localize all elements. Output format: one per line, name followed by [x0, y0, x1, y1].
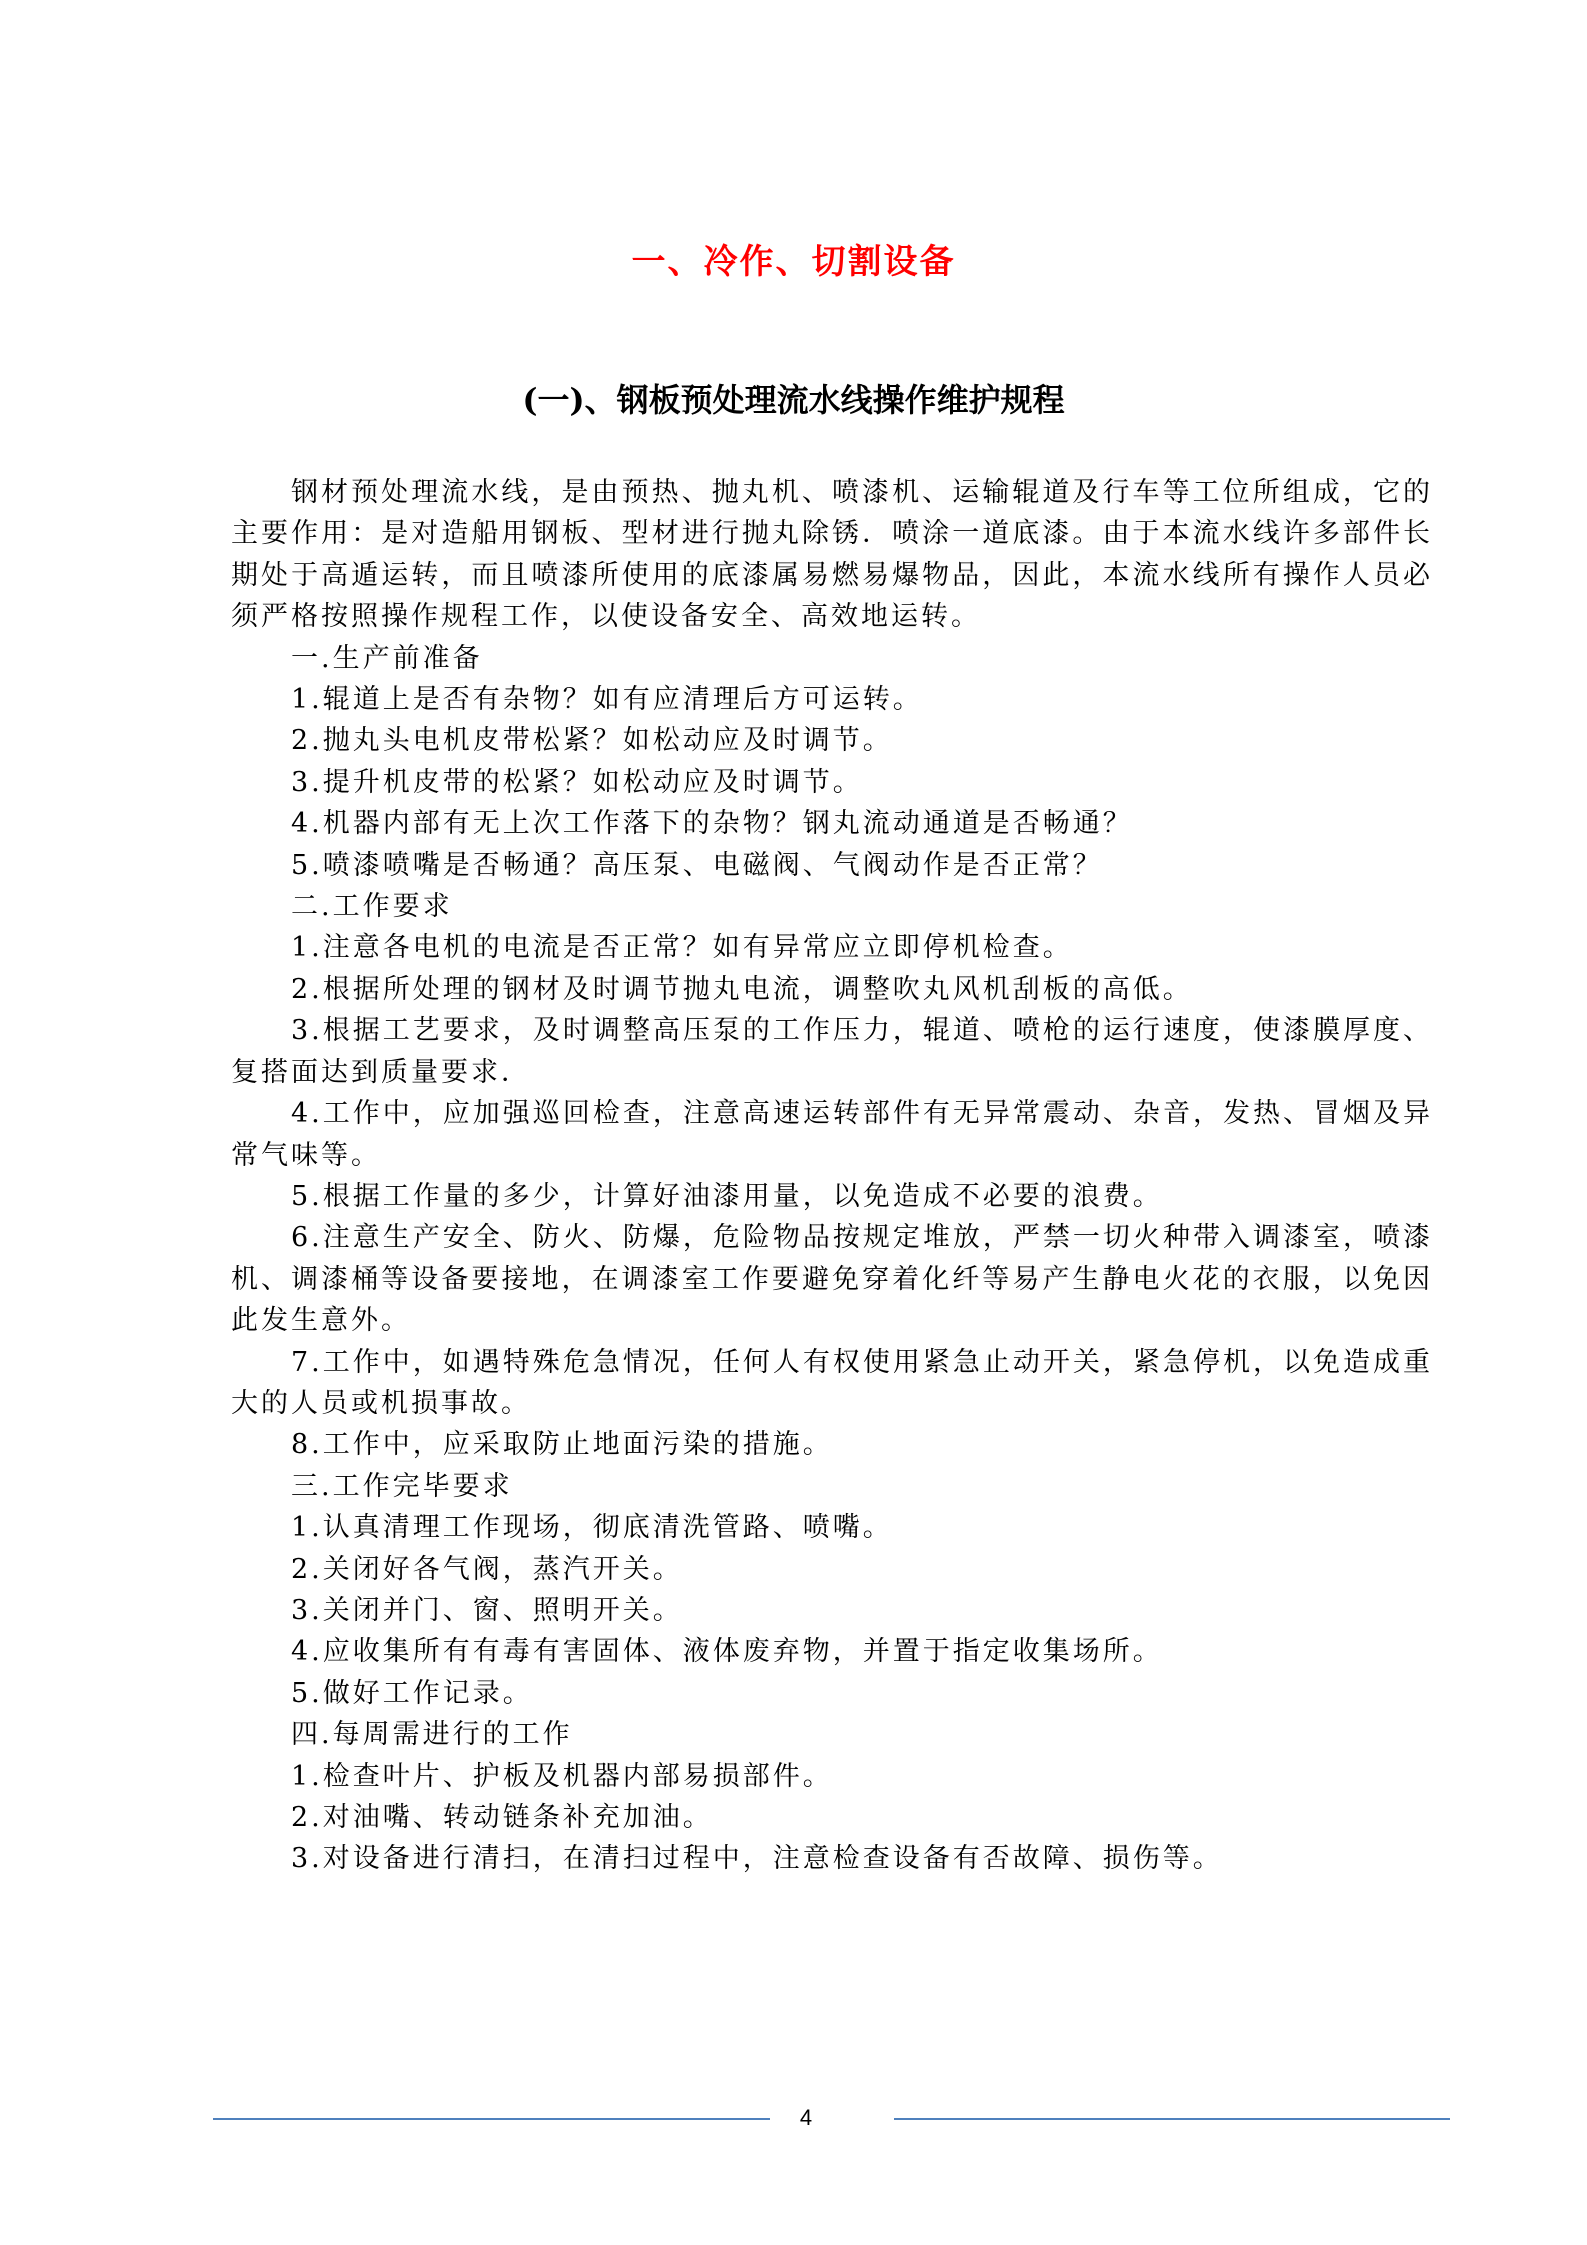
list-item: 4.工作中，应加强巡回检查，注意高速运转部件有无异常震动、杂音，发热、冒烟及异常… — [231, 1093, 1433, 1176]
section-title: (一)、钢板预处理流水线操作维护规程 — [0, 378, 1587, 422]
list-item: 5.喷漆喷嘴是否畅通？高压泵、电磁阀、气阀动作是否正常？ — [231, 845, 1433, 886]
chapter-title: 一、冷作、切割设备 — [0, 240, 1587, 284]
list-item: 1.辊道上是否有杂物？如有应清理后方可运转。 — [231, 679, 1433, 720]
list-item: 2.根据所处理的钢材及时调节抛丸电流，调整吹丸风机刮板的高低。 — [231, 969, 1433, 1010]
footer-rule-right — [894, 2118, 1450, 2120]
list-item: 2.对油嘴、转动链条补充加油。 — [231, 1797, 1433, 1838]
footer-rule-left — [213, 2118, 770, 2120]
list-item: 7.工作中，如遇特殊危急情况，任何人有权使用紧急止动开关，紧急停机，以免造成重大… — [231, 1342, 1433, 1425]
list-item: 3.关闭并门、窗、照明开关。 — [231, 1590, 1433, 1631]
list-item: 3.提升机皮带的松紧？如松动应及时调节。 — [231, 762, 1433, 803]
list-item: 5.做好工作记录。 — [231, 1673, 1433, 1714]
section-heading: 一.生产前准备 — [231, 638, 1433, 679]
section-heading: 三.工作完毕要求 — [231, 1466, 1433, 1507]
list-item: 6.注意生产安全、防火、防爆，危险物品按规定堆放，严禁一切火种带入调漆室，喷漆机… — [231, 1217, 1433, 1341]
list-item: 3.对设备进行清扫，在清扫过程中，注意检查设备有否故障、损伤等。 — [231, 1838, 1433, 1879]
list-item: 4.应收集所有有毒有害固体、液体废弃物，并置于指定收集场所。 — [231, 1631, 1433, 1672]
list-item: 2.关闭好各气阀，蒸汽开关。 — [231, 1549, 1433, 1590]
page-number: 4 — [781, 2103, 831, 2133]
list-item: 3.根据工艺要求，及时调整高压泵的工作压力，辊道、喷枪的运行速度，使漆膜厚度、复… — [231, 1010, 1433, 1093]
document-page: 一、冷作、切割设备 (一)、钢板预处理流水线操作维护规程 钢材预处理流水线，是由… — [0, 0, 1587, 2245]
section-heading: 二.工作要求 — [231, 886, 1433, 927]
list-item: 1.检查叶片、护板及机器内部易损部件。 — [231, 1756, 1433, 1797]
list-item: 5.根据工作量的多少，计算好油漆用量，以免造成不必要的浪费。 — [231, 1176, 1433, 1217]
document-body: 钢材预处理流水线，是由预热、抛丸机、喷漆机、运输辊道及行车等工位所组成，它的主要… — [231, 472, 1433, 1880]
list-item: 1.注意各电机的电流是否正常？如有异常应立即停机检查。 — [231, 927, 1433, 968]
list-item: 8.工作中，应采取防止地面污染的措施。 — [231, 1424, 1433, 1465]
section-heading: 四.每周需进行的工作 — [231, 1714, 1433, 1755]
intro-paragraph: 钢材预处理流水线，是由预热、抛丸机、喷漆机、运输辊道及行车等工位所组成，它的主要… — [231, 472, 1433, 638]
list-item: 2.抛丸头电机皮带松紧？如松动应及时调节。 — [231, 720, 1433, 761]
list-item: 1.认真清理工作现场，彻底清洗管路、喷嘴。 — [231, 1507, 1433, 1548]
list-item: 4.机器内部有无上次工作落下的杂物？钢丸流动通道是否畅通？ — [231, 803, 1433, 844]
